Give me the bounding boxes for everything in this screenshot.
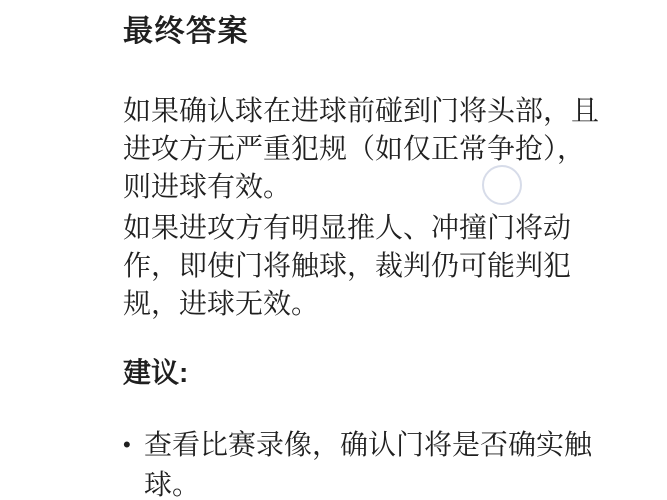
suggestion-list: • 查看比赛录像，确认门将是否确实触球。 (123, 425, 613, 500)
final-answer-heading: 最终答案 (123, 14, 613, 50)
ruling-paragraph-goal-valid: 如果确认球在进球前碰到门将头部，且进攻方无严重犯规（如仅正常争抢），则进球有效。 (123, 92, 613, 206)
suggestion-heading: 建议: (123, 354, 613, 392)
list-item-review-footage: • 查看比赛录像，确认门将是否确实触球。 (123, 425, 613, 500)
ruling-paragraph-goal-invalid: 如果进攻方有明显推人、冲撞门将动作，即使门将触球，裁判仍可能判犯规，进球无效。 (123, 209, 613, 323)
touch-indicator-circle (482, 165, 522, 205)
bullet-icon: • (123, 425, 139, 465)
list-item-text: 查看比赛录像，确认门将是否确实触球。 (144, 425, 613, 500)
answer-content: 最终答案 如果确认球在进球前碰到门将头部，且进攻方无严重犯规（如仅正常争抢），则… (123, 14, 613, 500)
